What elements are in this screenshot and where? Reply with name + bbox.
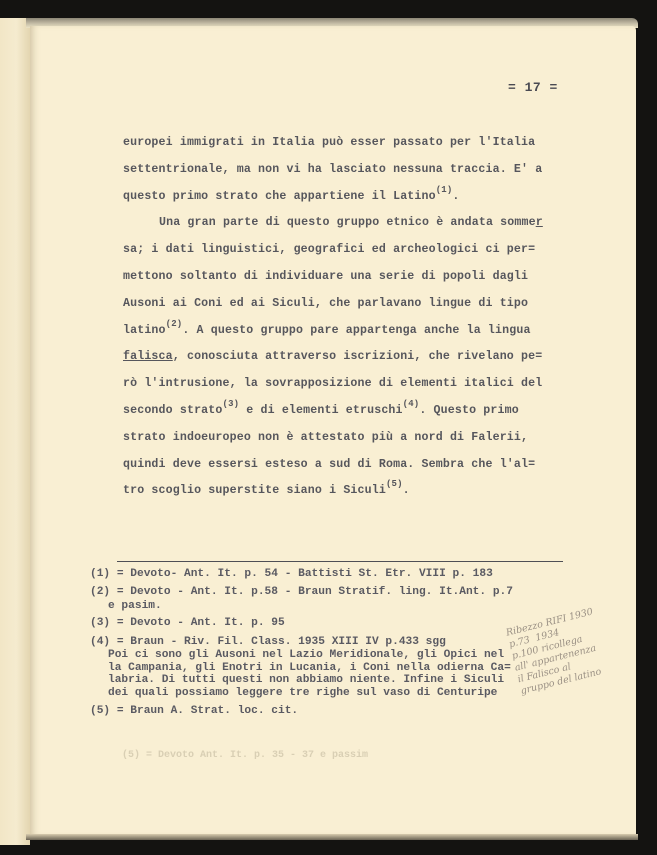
footnote-continuation: Poi ci sono gli Ausoni nel Lazio Meridio… — [90, 649, 570, 662]
bleed-through-text: (5) = Devoto Ant. It. p. 35 - 37 e passi… — [122, 750, 368, 761]
page-number: = 17 = — [508, 80, 558, 95]
text-run: e di elementi etruschi — [239, 404, 402, 417]
body-line: quindi deve essersi esteso a sud di Roma… — [123, 452, 563, 479]
text-run: questo primo strato che appartiene il La… — [123, 190, 436, 203]
page-bottom-edge — [26, 834, 638, 840]
footnote-continuation: dei quali possiamo leggere tre righe sul… — [90, 687, 570, 700]
footnote-ref: (2) — [166, 319, 183, 329]
text-run: , conosciuta attraverso iscrizioni, che … — [173, 350, 543, 363]
body-line: Una gran parte di questo gruppo etnico è… — [123, 210, 563, 237]
text-run: Una gran parte di questo gruppo etnico è… — [159, 216, 536, 229]
text-run: Ausoni ai Coni ed ai Siculi, che parlava… — [123, 297, 528, 310]
footnote-ref: (1) — [436, 185, 453, 195]
footnote-entry: (3) = Devoto - Ant. It. p. 95 — [90, 616, 570, 630]
footnotes: (1) = Devoto- Ant. It. p. 54 - Battisti … — [90, 567, 570, 718]
text-run: quindi deve essersi esteso a sud di Roma… — [123, 458, 535, 471]
text-run: tro scoglio superstite siano i Siculi — [123, 484, 386, 497]
text-run: . — [403, 484, 410, 497]
body-line: europei immigrati in Italia può esser pa… — [123, 130, 563, 157]
footnote-ref: (4) — [403, 399, 420, 409]
text-run: europei immigrati in Italia può esser pa… — [123, 136, 535, 149]
text-run: latino — [123, 324, 166, 337]
body-text: europei immigrati in Italia può esser pa… — [123, 130, 563, 505]
text-run: strato indoeuropeo non è attestato più a… — [123, 431, 528, 444]
footnote-entry: (1) = Devoto- Ant. It. p. 54 - Battisti … — [90, 567, 570, 581]
footnote-entry: (4) = Braun - Riv. Fil. Class. 1935 XIII… — [90, 635, 570, 649]
body-line: tro scoglio superstite siano i Siculi(5)… — [123, 478, 563, 505]
footnote-continuation: la Campania, gli Enotri in Lucania, i Co… — [90, 662, 570, 675]
footnote-entry: (2) = Devoto - Ant. It. p.58 - Braun Str… — [90, 585, 570, 599]
text-run: rò l'intrusione, la sovrapposizione di e… — [123, 377, 542, 390]
footnote-ref: (5) — [386, 479, 403, 489]
footnote-separator — [117, 561, 563, 562]
body-line: strato indoeuropeo non è attestato più a… — [123, 425, 563, 452]
facing-page-edge — [0, 18, 30, 845]
text-run: secondo strato — [123, 404, 223, 417]
text-run: . — [452, 190, 459, 203]
body-line: mettono soltanto di individuare una seri… — [123, 264, 563, 291]
body-line: settentrionale, ma non vi ha lasciato ne… — [123, 157, 563, 184]
underlined-text: r — [536, 216, 543, 229]
body-line: falisca, conosciuta attraverso iscrizion… — [123, 344, 563, 371]
body-line: questo primo strato che appartiene il La… — [123, 184, 563, 211]
text-run: mettono soltanto di individuare una seri… — [123, 270, 528, 283]
footnote-continuation: labria. Di tutti questi non abbiamo nien… — [90, 674, 570, 687]
text-run: . Questo primo — [419, 404, 519, 417]
text-run: . A questo gruppo pare appartenga anche … — [182, 324, 530, 337]
text-run: sa; i dati linguistici, geografici ed ar… — [123, 243, 535, 256]
footnote-ref: (3) — [223, 399, 240, 409]
footnote-entry: (5) = Braun A. Strat. loc. cit. — [90, 704, 570, 718]
footnote-continuation: e pasim. — [90, 600, 570, 613]
underlined-text: falisca — [123, 350, 173, 363]
body-line: rò l'intrusione, la sovrapposizione di e… — [123, 371, 563, 398]
body-line: latino(2). A questo gruppo pare apparten… — [123, 318, 563, 345]
text-run: settentrionale, ma non vi ha lasciato ne… — [123, 163, 542, 176]
body-line: sa; i dati linguistici, geografici ed ar… — [123, 237, 563, 264]
body-line: secondo strato(3) e di elementi etruschi… — [123, 398, 563, 425]
body-line: Ausoni ai Coni ed ai Siculi, che parlava… — [123, 291, 563, 318]
